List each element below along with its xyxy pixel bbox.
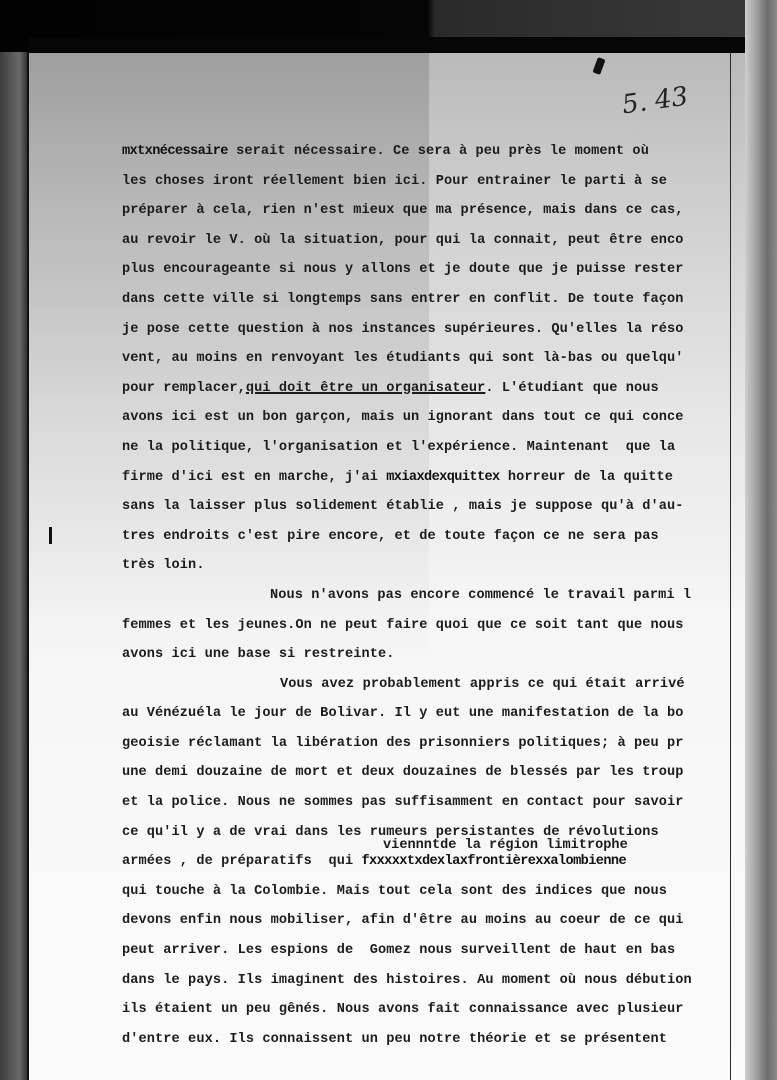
text-line: sans la laisser plus solidement établie …	[122, 492, 742, 522]
text-line: geoisie réclamant la libération des pris…	[122, 729, 742, 759]
text-line: ils étaient un peu gênés. Nous avons fai…	[122, 995, 742, 1025]
text-line: je pose cette question à nos instances s…	[122, 315, 742, 345]
text-line: ne la politique, l'organisation et l'exp…	[122, 433, 742, 463]
text-segment: au revoir le V. où la situation, pour qu…	[122, 233, 684, 248]
text-line: d'entre eux. Ils connaissent un peu notr…	[122, 1025, 742, 1055]
margin-tick-mark	[49, 527, 52, 544]
text-segment: les choses iront réellement bien ici. Po…	[122, 174, 667, 189]
text-segment: pour remplacer,	[122, 381, 246, 396]
struck-out-text: mxiaxdexquittex	[386, 470, 499, 485]
text-segment: dans le pays. Ils imaginent des histoire…	[122, 973, 692, 988]
text-line: mxtxnécessaire serait nécessaire. Ce ser…	[122, 137, 742, 167]
text-segment: serait nécessaire. Ce sera à peu près le…	[228, 144, 649, 159]
text-segment: plus encourageante si nous y allons et j…	[122, 262, 684, 277]
text-line: vent, au moins en renvoyant les étudiant…	[122, 344, 742, 374]
text-line: une demi douzaine de mort et deux douzai…	[122, 758, 742, 788]
text-line: Nous n'avons pas encore commencé le trav…	[122, 581, 742, 611]
letter-body-text: mxtxnécessaire serait nécessaire. Ce ser…	[122, 137, 742, 1054]
text-segment: geoisie réclamant la libération des pris…	[122, 736, 684, 751]
text-segment: sans la laisser plus solidement établie …	[122, 499, 684, 514]
struck-out-text: fxxxxxtxdexlaxfrontièrexxalombienne	[361, 854, 626, 869]
text-line: préparer à cela, rien n'est mieux que ma…	[122, 196, 742, 226]
text-line: et la police. Nous ne sommes pas suffisa…	[122, 788, 742, 818]
text-segment: . L'étudiant que nous	[485, 381, 658, 396]
text-line: devons enfin nous mobiliser, afin d'être…	[122, 906, 742, 936]
text-line: avons ici est un bon garçon, mais un ign…	[122, 403, 742, 433]
text-segment: dans cette ville si longtemps sans entre…	[122, 292, 684, 307]
underlined-text: qui doit être un organisateur	[246, 381, 485, 396]
page-top-shadow-bar	[29, 37, 745, 53]
text-line: tres endroits c'est pire encore, et de t…	[122, 522, 742, 552]
text-segment: avons ici une base si restreinte.	[122, 647, 395, 662]
text-line: pour remplacer,qui doit être un organisa…	[122, 374, 742, 404]
text-segment: qui touche à la Colombie. Mais tout cela…	[122, 884, 667, 899]
text-segment: Nous n'avons pas encore commencé le trav…	[270, 588, 691, 603]
text-line: qui touche à la Colombie. Mais tout cela…	[122, 877, 742, 907]
text-segment: je pose cette question à nos instances s…	[122, 322, 684, 337]
text-line: au revoir le V. où la situation, pour qu…	[122, 226, 742, 256]
scan-left-margin	[0, 52, 28, 1080]
interlinear-insertion: viennntde la région limitrophe	[383, 838, 628, 853]
text-segment: Vous avez probablement appris ce qui éta…	[280, 677, 685, 692]
text-line: dans cette ville si longtemps sans entre…	[122, 285, 742, 315]
text-segment: au Vénézuéla le jour de Bolivar. Il y eu…	[122, 706, 684, 721]
text-line: au Vénézuéla le jour de Bolivar. Il y eu…	[122, 699, 742, 729]
text-segment: vent, au moins en renvoyant les étudiant…	[122, 351, 684, 366]
text-segment: d'entre eux. Ils connaissent un peu notr…	[122, 1032, 667, 1047]
text-line: très loin.	[122, 551, 742, 581]
text-line: Vous avez probablement appris ce qui éta…	[122, 670, 742, 700]
text-line: avons ici une base si restreinte.	[122, 640, 742, 670]
text-segment: horreur de la quitte	[500, 470, 673, 485]
text-line: firme d'ici est en marche, j'ai mxiaxdex…	[122, 463, 742, 493]
text-segment: ils étaient un peu gênés. Nous avons fai…	[122, 1002, 684, 1017]
scan-right-strip	[745, 0, 777, 1080]
text-segment: très loin.	[122, 558, 205, 573]
text-segment: peut arriver. Les espions de Gomez nous …	[122, 943, 675, 958]
text-segment: et la police. Nous ne sommes pas suffisa…	[122, 795, 684, 810]
text-segment: avons ici est un bon garçon, mais un ign…	[122, 410, 684, 425]
text-segment: préparer à cela, rien n'est mieux que ma…	[122, 203, 684, 218]
text-segment: armées , de préparatifs qui	[122, 854, 361, 869]
struck-out-text: mxtxnécessaire	[122, 144, 228, 159]
text-segment: une demi douzaine de mort et deux douzai…	[122, 765, 684, 780]
text-line: peut arriver. Les espions de Gomez nous …	[122, 936, 742, 966]
text-segment: ne la politique, l'organisation et l'exp…	[122, 440, 675, 455]
text-line: femmes et les jeunes.On ne peut faire qu…	[122, 611, 742, 641]
text-segment: devons enfin nous mobiliser, afin d'être…	[122, 913, 684, 928]
text-segment: femmes et les jeunes.On ne peut faire qu…	[122, 618, 684, 633]
text-segment: tres endroits c'est pire encore, et de t…	[122, 529, 659, 544]
text-line: les choses iront réellement bien ici. Po…	[122, 167, 742, 197]
text-line: dans le pays. Ils imaginent des histoire…	[122, 966, 742, 996]
text-segment: firme d'ici est en marche, j'ai	[122, 470, 386, 485]
text-line: plus encourageante si nous y allons et j…	[122, 255, 742, 285]
